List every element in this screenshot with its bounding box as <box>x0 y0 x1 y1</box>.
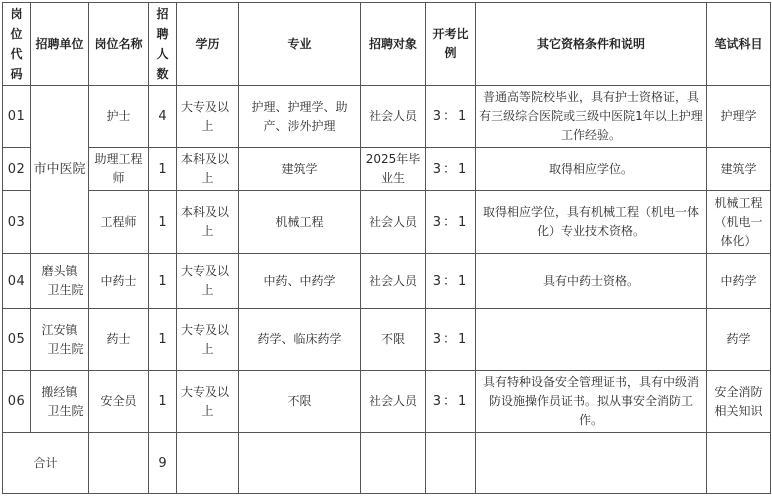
cell-exam: 建筑学 <box>707 148 771 191</box>
header-code: 岗 位 代 码 <box>3 3 31 86</box>
total-empty-cell <box>177 433 239 494</box>
header-code-char: 代 <box>10 47 22 61</box>
cell-education: 大专及以 上 <box>177 371 239 433</box>
education-line: 上 <box>179 281 236 300</box>
education-line: 大专及以 <box>179 98 236 117</box>
cell-exam: 药学 <box>707 309 771 371</box>
cell-major: 护理、护理学、助产、涉外护理 <box>239 86 361 148</box>
header-count-char: 聘 <box>156 27 168 41</box>
cell-position: 护士 <box>89 86 149 148</box>
cell-code: 05 <box>3 309 31 371</box>
education-line: 大专及以 <box>179 383 236 402</box>
unit-line: 卫生院 <box>33 402 86 421</box>
header-notes: 其它资格条件和说明 <box>476 3 707 86</box>
cell-major: 中药、中药学 <box>239 254 361 309</box>
total-count: 9 <box>149 433 177 494</box>
header-major: 专业 <box>239 3 361 86</box>
header-row: 岗 位 代 码 招聘单位 岗位名称 招 聘 人 数 学历 专业 招聘对象 开考比… <box>3 3 771 86</box>
unit-line: 搬经镇 <box>33 383 86 402</box>
table-row: 04 磨头镇 卫生院 中药士 1 大专及以 上 中药、中药学 社会人员 3：1 … <box>3 254 771 309</box>
education-line: 本科及以 <box>179 203 236 222</box>
education-line: 本科及以 <box>179 150 236 169</box>
header-education: 学历 <box>177 3 239 86</box>
education-line: 上 <box>179 169 236 188</box>
cell-notes: 取得相应学位。 <box>476 148 707 191</box>
cell-count: 1 <box>149 309 177 371</box>
unit-line: 磨头镇 <box>33 262 86 281</box>
cell-ratio: 3：1 <box>426 148 476 191</box>
header-count-char: 数 <box>156 67 168 81</box>
header-code-char: 岗 <box>10 7 22 21</box>
cell-count: 4 <box>149 86 177 148</box>
cell-notes <box>476 309 707 371</box>
cell-notes: 具有中药士资格。 <box>476 254 707 309</box>
cell-position: 助理工程师 <box>89 148 149 191</box>
header-count: 招 聘 人 数 <box>149 3 177 86</box>
cell-count: 1 <box>149 191 177 254</box>
education-line: 上 <box>179 222 236 241</box>
cell-exam: 护理学 <box>707 86 771 148</box>
cell-unit: 江安镇 卫生院 <box>31 309 89 371</box>
cell-target: 社会人员 <box>361 371 426 433</box>
cell-education: 本科及以 上 <box>177 148 239 191</box>
recruitment-table: 岗 位 代 码 招聘单位 岗位名称 招 聘 人 数 学历 专业 招聘对象 开考比… <box>2 2 771 494</box>
total-empty-cell <box>239 433 361 494</box>
total-empty-cell <box>476 433 707 494</box>
table-row: 01 市中医院 护士 4 大专及以 上 护理、护理学、助产、涉外护理 社会人员 … <box>3 86 771 148</box>
cell-position: 中药士 <box>89 254 149 309</box>
cell-code: 01 <box>3 86 31 148</box>
cell-education: 大专及以 上 <box>177 86 239 148</box>
cell-notes: 具有特种设备安全管理证书，具有中级消防设施操作员证书。拟从事安全消防工作。 <box>476 371 707 433</box>
cell-ratio: 3：1 <box>426 254 476 309</box>
header-position: 岗位名称 <box>89 3 149 86</box>
cell-major: 不限 <box>239 371 361 433</box>
cell-major: 机械工程 <box>239 191 361 254</box>
cell-exam: 机械工程（机电一体化） <box>707 191 771 254</box>
cell-education: 大专及以 上 <box>177 309 239 371</box>
cell-count: 1 <box>149 254 177 309</box>
education-line: 上 <box>179 340 236 359</box>
unit-line: 卫生院 <box>33 340 86 359</box>
cell-ratio: 3：1 <box>426 371 476 433</box>
total-empty-cell <box>361 433 426 494</box>
cell-code: 02 <box>3 148 31 191</box>
cell-target: 2025年毕业生 <box>361 148 426 191</box>
cell-position: 药士 <box>89 309 149 371</box>
cell-target: 社会人员 <box>361 191 426 254</box>
total-empty-cell <box>426 433 476 494</box>
total-empty-cell <box>707 433 771 494</box>
cell-major: 建筑学 <box>239 148 361 191</box>
table-row: 06 搬经镇 卫生院 安全员 1 大专及以 上 不限 社会人员 3：1 具有特种… <box>3 371 771 433</box>
header-code-char: 码 <box>10 67 22 81</box>
cell-major: 药学、临床药学 <box>239 309 361 371</box>
cell-notes: 取得相应学位，具有机械工程（机电一体化）专业技术资格。 <box>476 191 707 254</box>
cell-code: 06 <box>3 371 31 433</box>
header-exam: 笔试科目 <box>707 3 771 86</box>
cell-count: 1 <box>149 148 177 191</box>
table-row: 02 助理工程师 1 本科及以 上 建筑学 2025年毕业生 3：1 取得相应学… <box>3 148 771 191</box>
cell-ratio: 3：1 <box>426 86 476 148</box>
header-target: 招聘对象 <box>361 3 426 86</box>
education-line: 大专及以 <box>179 321 236 340</box>
header-unit: 招聘单位 <box>31 3 89 86</box>
education-line: 大专及以 <box>179 262 236 281</box>
cell-exam: 安全消防相关知识 <box>707 371 771 433</box>
cell-target: 社会人员 <box>361 86 426 148</box>
total-row: 合计 9 <box>3 433 771 494</box>
cell-code: 03 <box>3 191 31 254</box>
cell-notes: 普通高等院校毕业，具有护士资格证，具有三级综合医院或三级中医院1年以上护理工作经… <box>476 86 707 148</box>
cell-position: 安全员 <box>89 371 149 433</box>
total-empty-cell <box>89 433 149 494</box>
cell-education: 本科及以 上 <box>177 191 239 254</box>
cell-unit: 搬经镇 卫生院 <box>31 371 89 433</box>
header-count-char: 人 <box>156 47 168 61</box>
education-line: 上 <box>179 117 236 136</box>
cell-unit: 市中医院 <box>31 86 89 254</box>
cell-count: 1 <box>149 371 177 433</box>
total-label: 合计 <box>3 433 89 494</box>
header-ratio: 开考比例 <box>426 3 476 86</box>
cell-unit: 磨头镇 卫生院 <box>31 254 89 309</box>
cell-ratio: 3：1 <box>426 191 476 254</box>
table-row: 03 工程师 1 本科及以 上 机械工程 社会人员 3：1 取得相应学位，具有机… <box>3 191 771 254</box>
education-line: 上 <box>179 402 236 421</box>
cell-target: 不限 <box>361 309 426 371</box>
cell-exam: 中药学 <box>707 254 771 309</box>
cell-education: 大专及以 上 <box>177 254 239 309</box>
header-count-char: 招 <box>156 7 168 21</box>
unit-line: 江安镇 <box>33 321 86 340</box>
cell-code: 04 <box>3 254 31 309</box>
cell-position: 工程师 <box>89 191 149 254</box>
header-code-char: 位 <box>10 27 22 41</box>
cell-target: 社会人员 <box>361 254 426 309</box>
unit-line: 卫生院 <box>33 281 86 300</box>
cell-ratio: 3：1 <box>426 309 476 371</box>
table-row: 05 江安镇 卫生院 药士 1 大专及以 上 药学、临床药学 不限 3：1 药学 <box>3 309 771 371</box>
